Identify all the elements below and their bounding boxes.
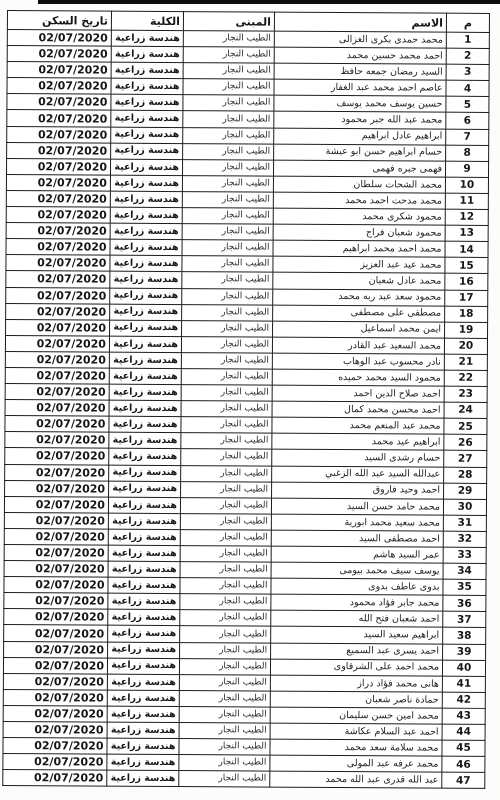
cell-number: 4 — [446, 80, 489, 96]
cell-building: الطيب النجار — [183, 143, 274, 160]
cell-name: عبد الله قدرى عبد الله محمد — [270, 771, 442, 788]
cell-name: ابراهيم عادل ابراهيم — [274, 128, 446, 145]
cell-number: 39 — [443, 644, 486, 660]
cell-building: الطيب النجار — [180, 497, 271, 514]
cell-number: 47 — [442, 772, 485, 788]
cell-name: محمد سعيد محمد ابورية — [271, 514, 443, 531]
cell-housing-date: 02/07/2020 — [4, 544, 108, 561]
cell-building: الطيب النجار — [179, 755, 270, 772]
cell-name: محمد امين حسن سليمان — [270, 707, 442, 724]
cell-number: 11 — [445, 193, 488, 209]
cell-college: هندسة زراعية — [108, 513, 180, 530]
cell-housing-date: 02/07/2020 — [5, 416, 109, 433]
cell-college: هندسة زراعية — [107, 738, 179, 755]
cell-college: هندسة زراعية — [107, 754, 179, 771]
cell-housing-date: 02/07/2020 — [6, 190, 110, 207]
cell-name: محمد السعيد عبد القادر — [272, 337, 444, 354]
cell-number: 25 — [444, 418, 487, 434]
cell-college: هندسة زراعية — [110, 255, 182, 272]
cell-housing-date: 02/07/2020 — [5, 464, 109, 481]
cell-housing-date: 02/07/2020 — [5, 367, 109, 384]
cell-name: حسام ابراهيم حسن ابو عيشة — [274, 144, 446, 161]
cell-name: محمد احمد على الشرقاوى — [270, 659, 442, 676]
cell-name: احمد محمد حسين محمد — [274, 47, 446, 64]
cell-building: الطيب النجار — [182, 159, 273, 176]
cell-building: الطيب النجار — [179, 690, 270, 707]
cell-name: محمد حمدى بكرى الغزالى — [274, 31, 446, 48]
cell-building: الطيب النجار — [181, 417, 272, 434]
cell-building: الطيب النجار — [183, 127, 274, 144]
cell-college: هندسة زراعية — [109, 432, 181, 449]
cell-housing-date: 02/07/2020 — [4, 625, 108, 642]
cell-college: هندسة زراعية — [108, 626, 180, 643]
cell-number: 26 — [444, 435, 487, 451]
cell-building: الطيب النجار — [181, 481, 272, 498]
cell-number: 3 — [446, 64, 489, 80]
cell-building: الطيب النجار — [182, 208, 273, 225]
cell-number: 5 — [446, 97, 489, 113]
cell-name: مصطفى على مصطفى — [273, 305, 445, 322]
cell-building: الطيب النجار — [180, 513, 271, 530]
cell-name: محمود شكرى محمد — [273, 208, 445, 225]
cell-name: حسين يوسف محمد يوسف — [274, 96, 446, 113]
cell-name: بدوى عاطف بدوى — [271, 578, 443, 595]
cell-college: هندسة زراعية — [110, 304, 182, 321]
cell-building: الطيب النجار — [182, 256, 273, 273]
cell-number: 41 — [442, 676, 485, 692]
cell-name: محمد عبد المنعم محمد — [272, 417, 444, 434]
cell-housing-date: 02/07/2020 — [4, 561, 108, 578]
cell-building: الطيب النجار — [181, 336, 272, 353]
cell-building: الطيب النجار — [182, 224, 273, 241]
cell-building: الطيب النجار — [179, 674, 270, 691]
cell-housing-date: 02/07/2020 — [7, 30, 111, 47]
cell-housing-date: 02/07/2020 — [3, 657, 107, 674]
cell-number: 33 — [443, 547, 486, 563]
cell-housing-date: 02/07/2020 — [4, 512, 108, 529]
cell-number: 27 — [444, 451, 487, 467]
cell-housing-date: 02/07/2020 — [5, 448, 109, 465]
cell-housing-date: 02/07/2020 — [4, 496, 108, 513]
cell-housing-date: 02/07/2020 — [7, 94, 111, 111]
cell-housing-date: 02/07/2020 — [6, 207, 110, 224]
cell-building: الطيب النجار — [181, 369, 272, 386]
cell-number: 30 — [443, 499, 486, 515]
cell-name: محمد عرفه عبد المولى — [270, 755, 442, 772]
cell-college: هندسة زراعية — [110, 175, 182, 192]
cell-name: احمد صلاح الدين احمد — [272, 385, 444, 402]
cell-college: هندسة زراعية — [108, 593, 180, 610]
cell-college: هندسة زراعية — [109, 336, 181, 353]
cell-college: هندسة زراعية — [108, 642, 180, 659]
cell-building: الطيب النجار — [182, 288, 273, 305]
header-name: الاسم — [274, 12, 446, 32]
header-number: م — [446, 13, 489, 32]
cell-number: 12 — [445, 209, 488, 225]
cell-name: محمود سعد عبد ربه محمد — [273, 289, 445, 306]
cell-college: هندسة زراعية — [108, 577, 180, 594]
cell-name: محمد سلامة سعد محمد — [270, 739, 442, 756]
cell-college: هندسة زراعية — [110, 320, 182, 337]
cell-college: هندسة زراعية — [111, 111, 183, 128]
cell-number: 15 — [445, 257, 488, 273]
cell-building: الطيب النجار — [180, 642, 271, 659]
cell-building: الطيب النجار — [181, 385, 272, 402]
cell-housing-date: 02/07/2020 — [5, 335, 109, 352]
cell-housing-date: 02/07/2020 — [3, 770, 107, 787]
cell-name: ايمن محمد اسماعيل — [273, 321, 445, 338]
cell-name: هانى محمد فؤاد دراز — [270, 675, 442, 692]
cell-college: هندسة زراعية — [110, 272, 182, 289]
cell-number: 13 — [445, 225, 488, 241]
cell-housing-date: 02/07/2020 — [6, 174, 110, 191]
cell-college: هندسة زراعية — [110, 191, 182, 208]
cell-housing-date: 02/07/2020 — [3, 738, 107, 755]
cell-number: 1 — [446, 32, 489, 48]
cell-building: الطيب النجار — [180, 562, 271, 579]
cell-housing-date: 02/07/2020 — [6, 223, 110, 240]
cell-number: 17 — [445, 290, 488, 306]
cell-housing-date: 02/07/2020 — [4, 593, 108, 610]
cell-name: احمد مصطفى السيد — [271, 530, 443, 547]
cell-building: الطيب النجار — [182, 192, 273, 209]
cell-number: 42 — [442, 692, 485, 708]
cell-name: محمد حامد حسن السيد — [271, 498, 443, 515]
cell-college: هندسة زراعية — [109, 481, 181, 498]
cell-number: 29 — [444, 483, 487, 499]
cell-college: هندسة زراعية — [111, 62, 183, 79]
cell-college: هندسة زراعية — [107, 706, 179, 723]
cell-college: هندسة زراعية — [110, 159, 182, 176]
cell-college: هندسة زراعية — [108, 529, 180, 546]
cell-number: 45 — [442, 740, 485, 756]
cell-name: عمر السيد هاشم — [271, 546, 443, 563]
cell-housing-date: 02/07/2020 — [6, 271, 110, 288]
cell-number: 18 — [445, 306, 488, 322]
cell-building: الطيب النجار — [180, 578, 271, 595]
cell-housing-date: 02/07/2020 — [7, 46, 111, 63]
cell-name: يوسف سيف محمد بيومى — [271, 562, 443, 579]
cell-college: هندسة زراعية — [111, 78, 183, 95]
header-building: المبنى — [183, 12, 274, 32]
cell-number: 43 — [442, 708, 485, 724]
cell-name: محمد عيد عبد العزيز — [273, 256, 445, 273]
cell-building: الطيب النجار — [180, 529, 271, 546]
cell-housing-date: 02/07/2020 — [3, 754, 107, 771]
cell-name: محمد عادل شعبان — [273, 273, 445, 290]
cell-housing-date: 02/07/2020 — [6, 287, 110, 304]
cell-name: نادر محسوب عبد الوهاب — [272, 353, 444, 370]
cell-number: 23 — [444, 386, 487, 402]
cell-name: محمد مدحت احمد محمد — [273, 192, 445, 209]
cell-building: الطيب النجار — [183, 31, 274, 48]
cell-name: احمد عبد السلام عكاشة — [270, 723, 442, 740]
cell-number: 6 — [446, 113, 489, 129]
cell-building: الطيب النجار — [182, 175, 273, 192]
document-sheet: م الاسم المبنى الكلية تاريخ السكن 1محمد … — [2, 10, 490, 789]
cell-college: هندسة زراعية — [109, 416, 181, 433]
cell-housing-date: 02/07/2020 — [7, 62, 111, 79]
cell-number: 19 — [445, 322, 488, 338]
cell-name: محمد الشحات سلطان — [273, 176, 445, 193]
cell-number: 22 — [444, 370, 487, 386]
cell-building: الطيب النجار — [183, 111, 274, 128]
cell-building: الطيب النجار — [182, 240, 273, 257]
cell-building: الطيب النجار — [181, 352, 272, 369]
table-body: 1محمد حمدى بكرى الغزالىالطيب النجارهندسة… — [3, 30, 490, 789]
cell-building: الطيب النجار — [179, 771, 270, 788]
cell-housing-date: 02/07/2020 — [5, 351, 109, 368]
cell-housing-date: 02/07/2020 — [6, 303, 110, 320]
cell-number: 32 — [443, 531, 486, 547]
cell-college: هندسة زراعية — [109, 368, 181, 385]
cell-building: الطيب النجار — [182, 320, 273, 337]
cell-housing-date: 02/07/2020 — [7, 110, 111, 127]
cell-number: 38 — [443, 628, 486, 644]
cell-name: حسام رشدى السيد — [272, 450, 444, 467]
cell-college: هندسة زراعية — [109, 449, 181, 466]
cell-building: الطيب النجار — [180, 610, 271, 627]
cell-college: هندسة زراعية — [110, 239, 182, 256]
cell-housing-date: 02/07/2020 — [3, 689, 107, 706]
cell-housing-date: 02/07/2020 — [7, 78, 111, 95]
cell-college: هندسة زراعية — [107, 770, 179, 787]
cell-housing-date: 02/07/2020 — [3, 722, 107, 739]
cell-housing-date: 02/07/2020 — [4, 641, 108, 658]
cell-name: فهمى جبره فهمى — [273, 160, 445, 177]
cell-name: احمد وحيد فاروق — [272, 482, 444, 499]
cell-number: 20 — [444, 338, 487, 354]
cell-college: هندسة زراعية — [109, 384, 181, 401]
cell-name: ابراهيم سعيد السيد — [271, 627, 443, 644]
cell-college: هندسة زراعية — [107, 722, 179, 739]
cell-number: 24 — [444, 402, 487, 418]
cell-college: هندسة زراعية — [109, 465, 181, 482]
cell-building: الطيب النجار — [180, 546, 271, 563]
cell-building: الطيب النجار — [179, 707, 270, 724]
cell-building: الطيب النجار — [179, 723, 270, 740]
cell-housing-date: 02/07/2020 — [5, 432, 109, 449]
cell-college: هندسة زراعية — [111, 95, 183, 112]
cell-name: محمد جابر فؤاد محمود — [271, 594, 443, 611]
cell-number: 7 — [446, 129, 489, 145]
cell-building: الطيب النجار — [183, 79, 274, 96]
cell-housing-date: 02/07/2020 — [4, 609, 108, 626]
cell-college: هندسة زراعية — [111, 143, 183, 160]
cell-college: هندسة زراعية — [108, 610, 180, 627]
cell-name: عاصم احمد محمد عبد الغفار — [274, 79, 446, 96]
cell-housing-date: 02/07/2020 — [4, 577, 108, 594]
cell-number: 34 — [443, 563, 486, 579]
cell-name: احمد يسرى عبد السميع — [271, 643, 443, 660]
cell-building: الطيب النجار — [182, 272, 273, 289]
cell-building: الطيب النجار — [181, 433, 272, 450]
cell-housing-date: 02/07/2020 — [5, 384, 109, 401]
cell-building: الطيب النجار — [181, 465, 272, 482]
cell-name: حمادة ناصر شعبان — [270, 691, 442, 708]
header-housing-date: تاريخ السكن — [7, 11, 111, 31]
cell-building: الطيب النجار — [180, 626, 271, 643]
cell-college: هندسة زراعية — [107, 690, 179, 707]
cell-number: 16 — [445, 274, 488, 290]
scanned-page: م الاسم المبنى الكلية تاريخ السكن 1محمد … — [0, 0, 500, 800]
cell-name: احمد شعبان فتح الله — [271, 610, 443, 627]
cell-college: هندسة زراعية — [110, 288, 182, 305]
cell-number: 40 — [442, 660, 485, 676]
cell-building: الطيب النجار — [181, 401, 272, 418]
cell-building: الطيب النجار — [179, 658, 270, 675]
cell-housing-date: 02/07/2020 — [3, 705, 107, 722]
cell-housing-date: 02/07/2020 — [5, 400, 109, 417]
cell-name: السيد رمضان جمعه حافظ — [274, 63, 446, 80]
cell-housing-date: 02/07/2020 — [6, 255, 110, 272]
cell-building: الطيب النجار — [180, 594, 271, 611]
cell-college: هندسة زراعية — [108, 561, 180, 578]
cell-number: 36 — [443, 595, 486, 611]
cell-number: 31 — [443, 515, 486, 531]
cell-name: محمد احمد محمد ابراهيم — [273, 240, 445, 257]
cell-college: هندسة زراعية — [107, 674, 179, 691]
cell-college: هندسة زراعية — [111, 30, 183, 47]
scan-edge-bar — [38, 0, 500, 4]
cell-number: 14 — [445, 241, 488, 257]
cell-number: 10 — [445, 177, 488, 193]
cell-college: هندسة زراعية — [108, 545, 180, 562]
cell-number: 2 — [446, 48, 489, 64]
cell-name: محمود شعبان فراج — [273, 224, 445, 241]
cell-building: الطيب النجار — [179, 739, 270, 756]
cell-number: 46 — [442, 756, 485, 772]
housing-roster-table: م الاسم المبنى الكلية تاريخ السكن 1محمد … — [2, 10, 490, 789]
header-college: الكلية — [111, 11, 183, 30]
cell-college: هندسة زراعية — [111, 46, 183, 63]
cell-college: هندسة زراعية — [109, 352, 181, 369]
cell-building: الطيب النجار — [181, 449, 272, 466]
cell-number: 44 — [442, 724, 485, 740]
cell-housing-date: 02/07/2020 — [5, 480, 109, 497]
cell-housing-date: 02/07/2020 — [7, 126, 111, 143]
cell-college: هندسة زراعية — [111, 127, 183, 144]
cell-building: الطيب النجار — [183, 95, 274, 112]
cell-housing-date: 02/07/2020 — [3, 673, 107, 690]
cell-housing-date: 02/07/2020 — [7, 142, 111, 159]
cell-name: عبدالله السيد عبد الله الزغبي — [272, 466, 444, 483]
cell-building: الطيب النجار — [183, 63, 274, 80]
cell-housing-date: 02/07/2020 — [6, 239, 110, 256]
cell-number: 35 — [443, 579, 486, 595]
table-row: 47عبد الله قدرى عبد الله محمدالطيب النجا… — [3, 770, 485, 789]
cell-number: 28 — [444, 467, 487, 483]
cell-building: الطيب النجار — [182, 304, 273, 321]
cell-number: 37 — [443, 612, 486, 628]
cell-building: الطيب النجار — [183, 47, 274, 64]
cell-college: هندسة زراعية — [110, 207, 182, 224]
cell-housing-date: 02/07/2020 — [6, 319, 110, 336]
cell-college: هندسة زراعية — [109, 400, 181, 417]
cell-housing-date: 02/07/2020 — [4, 528, 108, 545]
cell-college: هندسة زراعية — [110, 223, 182, 240]
cell-college: هندسة زراعية — [107, 658, 179, 675]
cell-number: 8 — [446, 145, 489, 161]
cell-name: محمد عبد الله جبر محمود — [274, 112, 446, 129]
cell-name: محمود السيد محمد حميده — [272, 369, 444, 386]
cell-college: هندسة زراعية — [108, 497, 180, 514]
cell-name: احمد محسن محمد كمال — [272, 401, 444, 418]
cell-housing-date: 02/07/2020 — [6, 158, 110, 175]
cell-number: 21 — [444, 354, 487, 370]
cell-number: 9 — [445, 161, 488, 177]
cell-name: ابراهيم عيد محمد — [272, 433, 444, 450]
